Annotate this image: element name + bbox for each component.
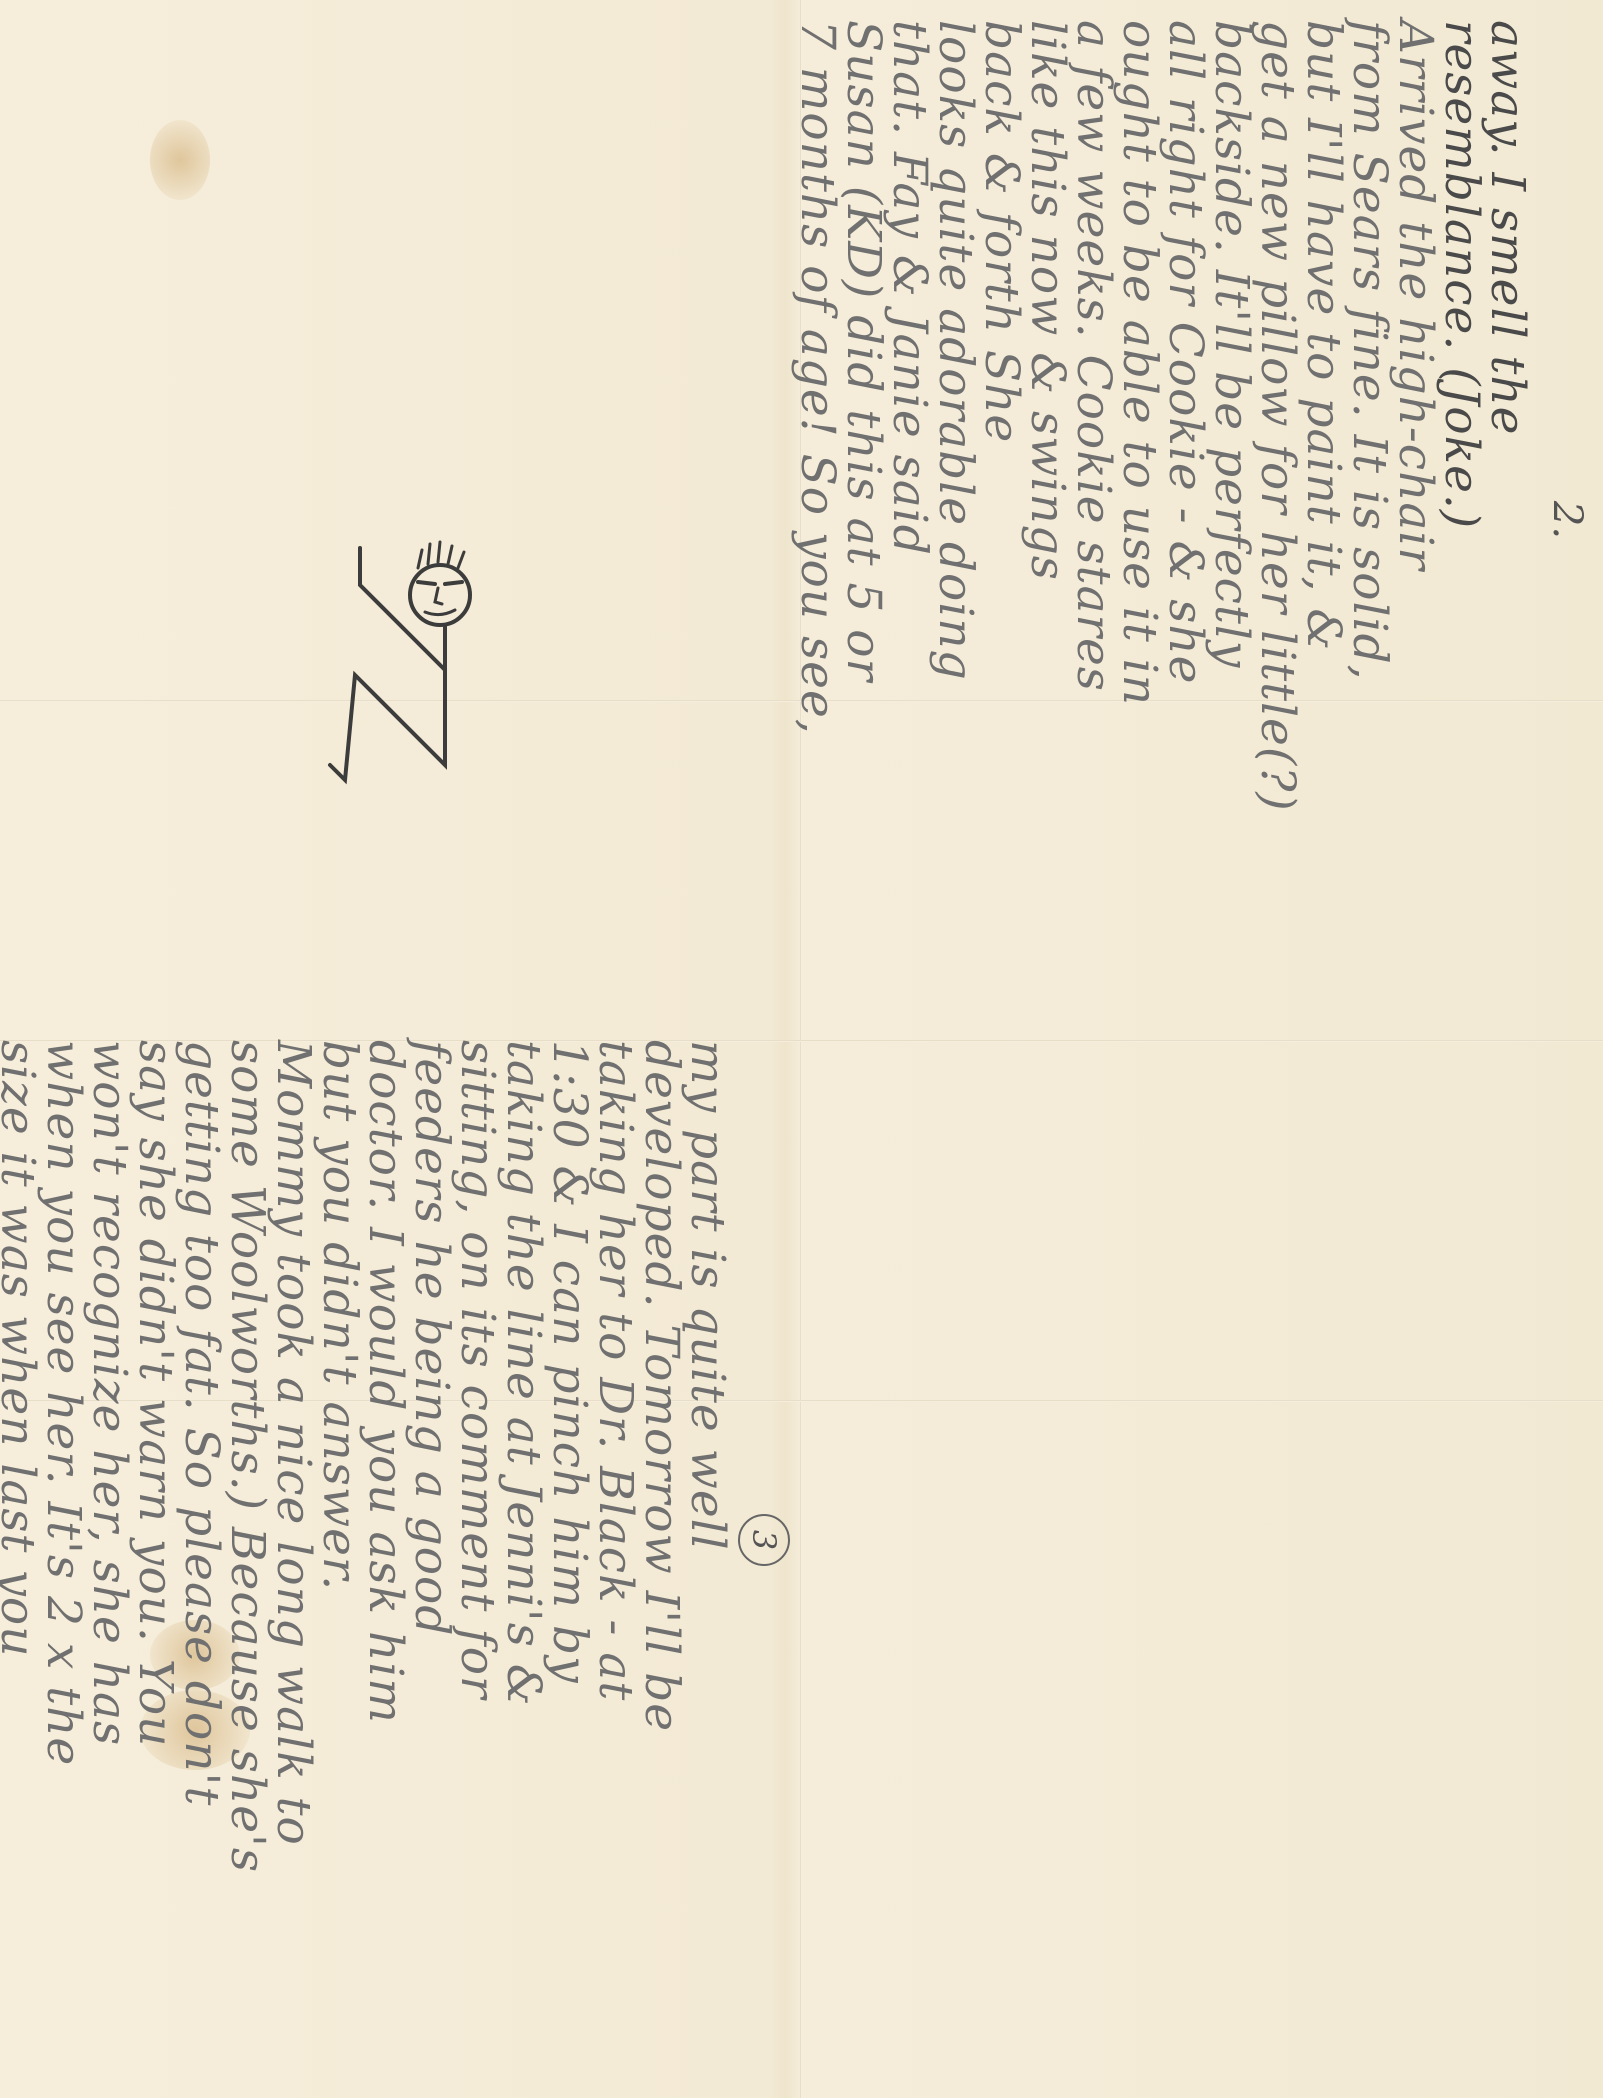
handwritten-line: a few weeks. Cookie stares — [1070, 20, 1116, 1020]
letter-page-3: 3 my part is quite well developed. Tomor… — [0, 1040, 790, 2040]
handwritten-line: feeders he being a good — [408, 1040, 454, 2040]
handwritten-line: taking the line at Jenni's & — [500, 1040, 546, 2040]
handwritten-line: get a new pillow for her little(?) — [1254, 20, 1300, 1020]
handwritten-line: that. Fay & Janie said — [886, 20, 932, 1020]
handwritten-line: but I'll have to paint it, & — [1300, 20, 1346, 1020]
handwritten-line: when you see her. It's 2 x the — [40, 1040, 86, 2040]
handwritten-line: won't recognize her, she has — [86, 1040, 132, 2040]
handwritten-line: but you didn't answer. — [316, 1040, 362, 2040]
page-number: 3 — [736, 1040, 790, 2040]
handwritten-line: Susan (KD) did this at 5 or — [840, 20, 886, 1020]
handwritten-line: looks quite adorable doing — [932, 20, 978, 1020]
letter-sheet: 2. away. I smell the resemblance. (Joke.… — [0, 0, 1603, 2098]
handwritten-line: developed. Tomorrow I'll be — [638, 1040, 684, 2040]
handwritten-line: back & forth She — [978, 20, 1024, 1020]
handwritten-line: Arrived the high-chair — [1392, 20, 1438, 1020]
handwritten-line: some Woolworths.) Because she's — [224, 1040, 270, 2040]
handwritten-line: like this now & swings — [1024, 20, 1070, 1020]
handwritten-line: away. I smell the — [1484, 20, 1530, 1020]
handwritten-line: taking her to Dr. Black - at — [592, 1040, 638, 2040]
handwritten-line: say she didn't warn you. You — [132, 1040, 178, 2040]
handwritten-line: backside. It'll be perfectly — [1208, 20, 1254, 1020]
handwritten-line: size it was when last you — [0, 1040, 40, 2040]
handwritten-line: my part is quite well — [684, 1040, 730, 2040]
handwritten-line: all right for Cookie - & she — [1162, 20, 1208, 1020]
letter-page-2: 2. away. I smell the resemblance. (Joke.… — [800, 20, 1590, 1020]
handwritten-line: resemblance. (Joke.) — [1438, 20, 1484, 1020]
handwritten-line: ought to be able to use it in — [1116, 20, 1162, 1020]
handwritten-line: sitting, on its comment for — [454, 1040, 500, 2040]
handwritten-line: getting too fat. So please don't — [178, 1040, 224, 2040]
handwritten-line: from Sears fine. It is solid, — [1346, 20, 1392, 1020]
paper-stain — [150, 120, 210, 200]
handwritten-line: 7 months of age! So you see, — [794, 20, 840, 1020]
stick-figure-face-icon — [300, 540, 510, 800]
handwritten-line: 1:30 & I can pinch him by — [546, 1040, 592, 2040]
page-number: 2. — [1536, 20, 1590, 1020]
handwritten-line: Mommy took a nice long walk to — [270, 1040, 316, 2040]
handwritten-line: doctor. I would you ask him — [362, 1040, 408, 2040]
